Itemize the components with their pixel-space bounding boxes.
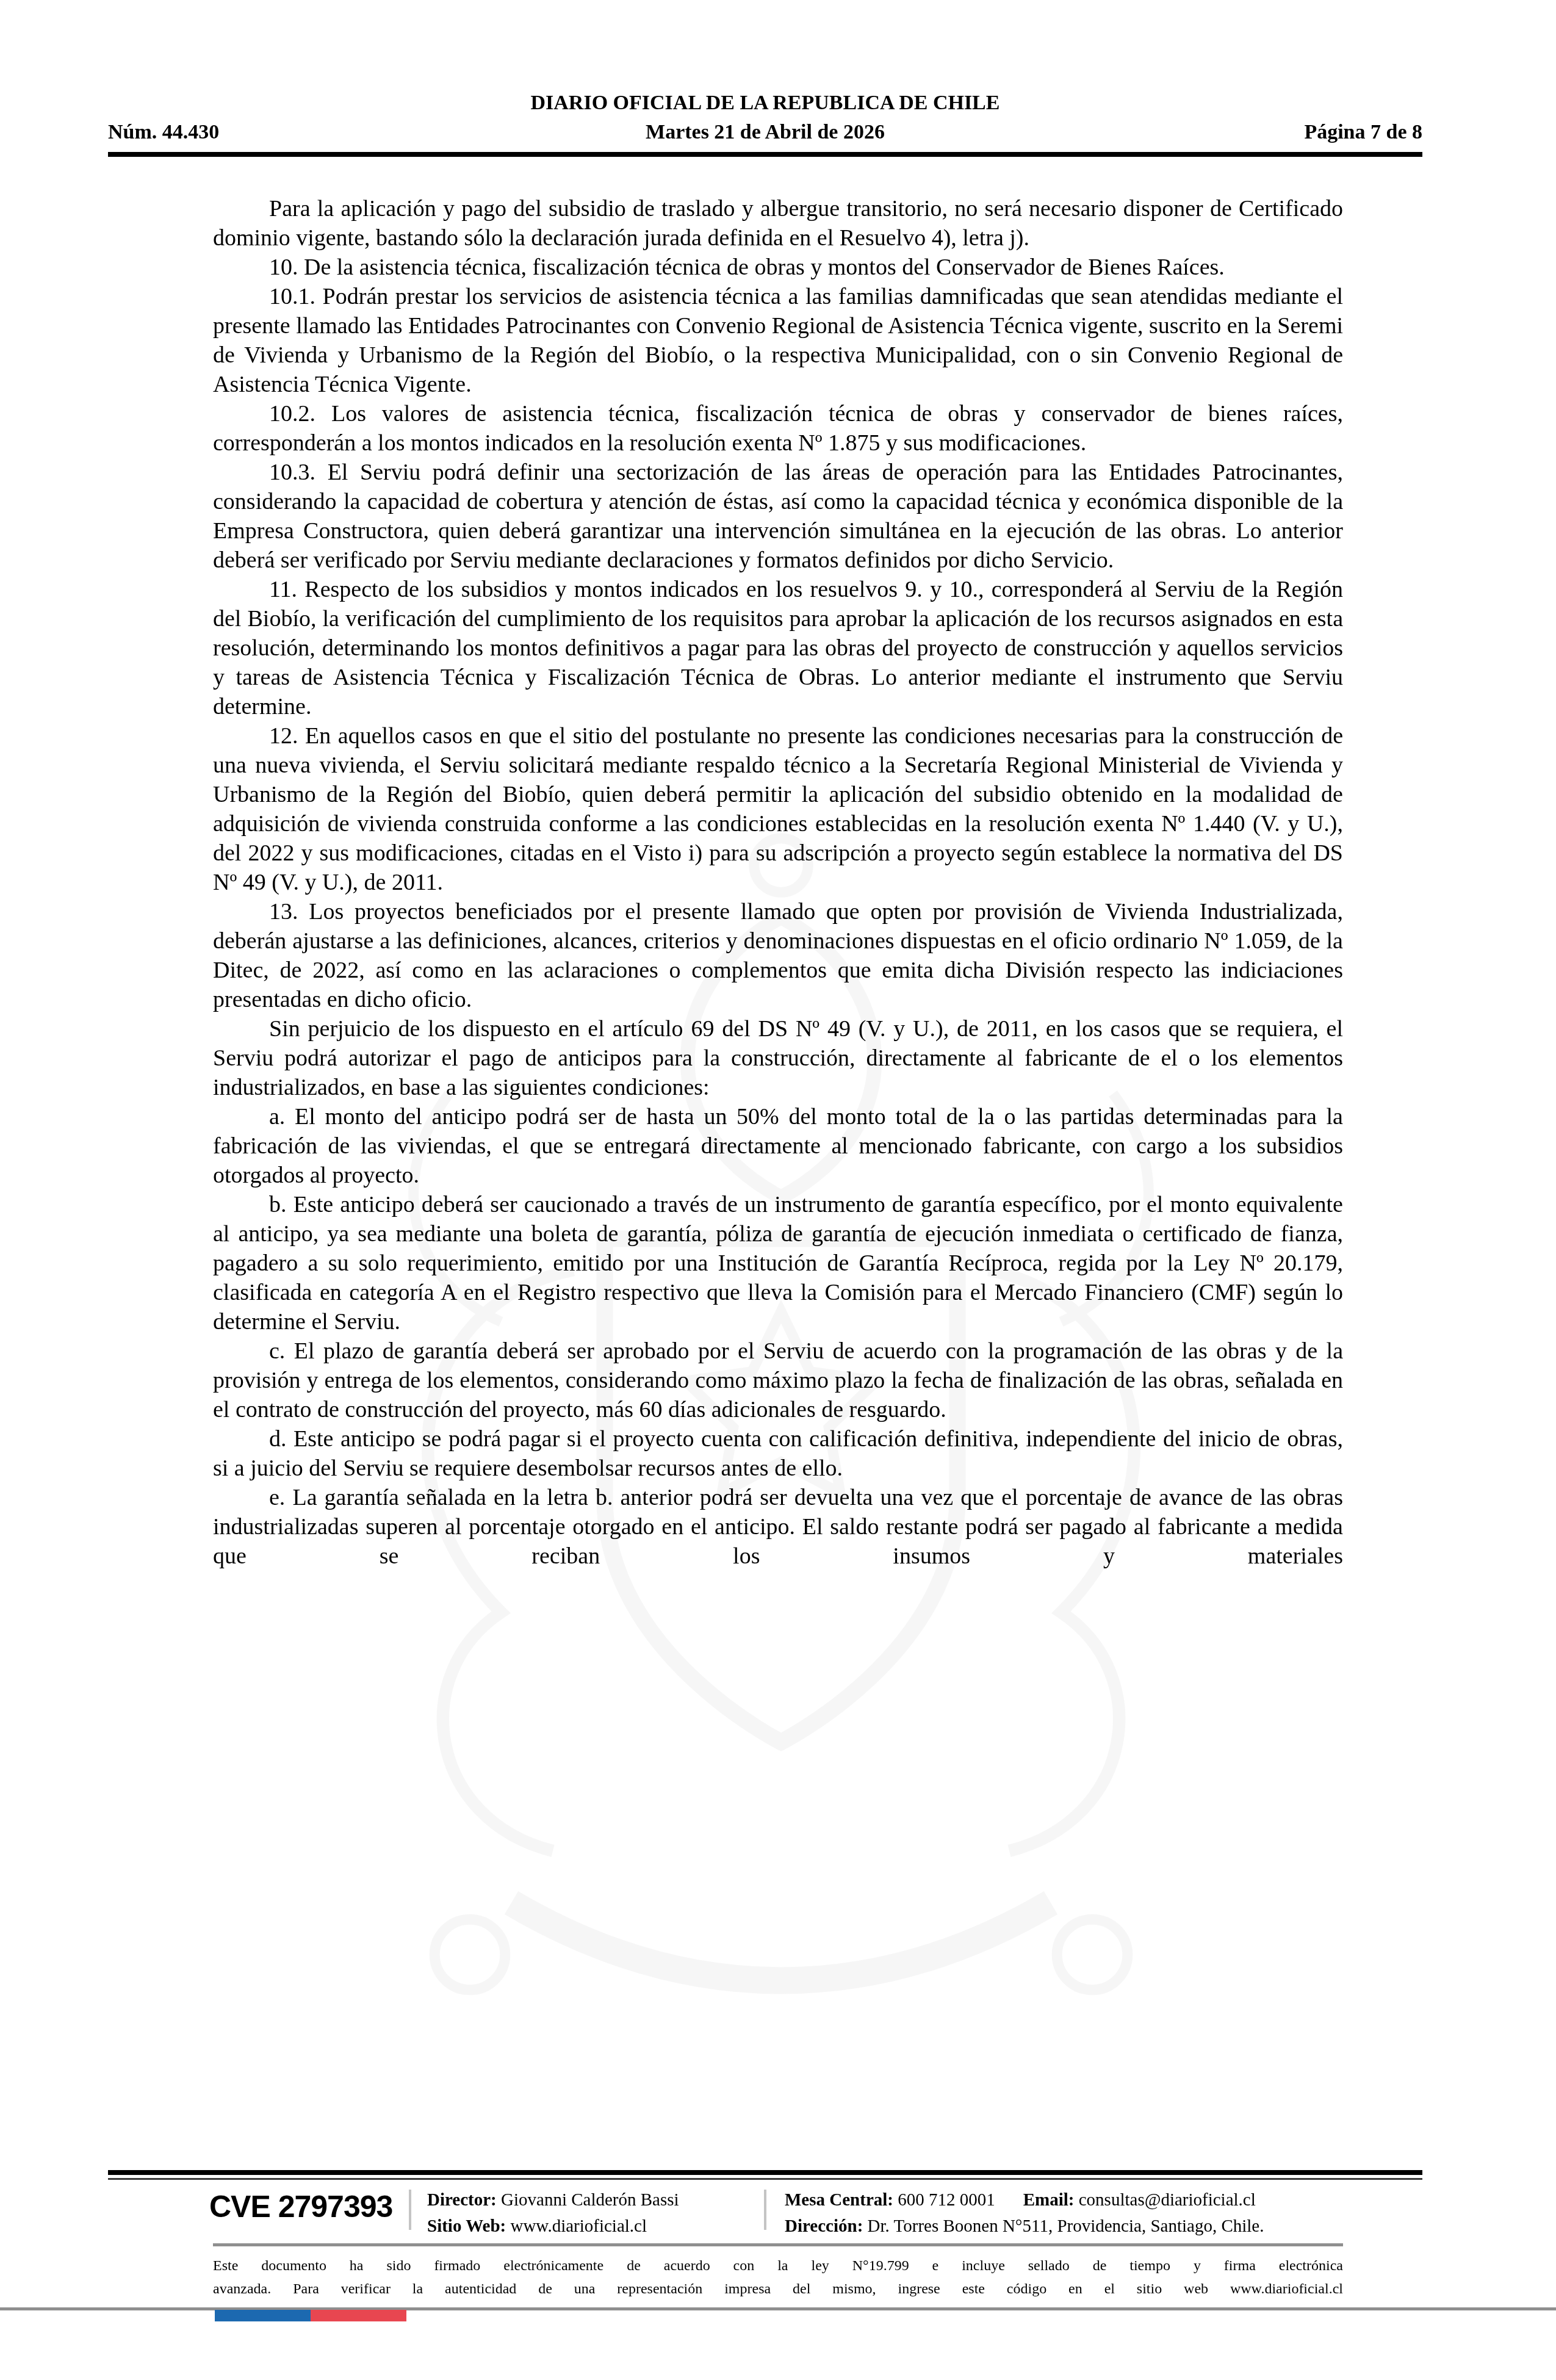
paragraph-11: 11. Respecto de los subsidios y montos i… xyxy=(213,575,1343,721)
footer-contact-block: Mesa Central: 600 712 0001Email: consult… xyxy=(785,2187,1264,2240)
paragraph-letra-c: c. El plazo de garantía deberá ser aprob… xyxy=(213,1336,1343,1424)
footer-top-rule-thin xyxy=(108,2178,1422,2180)
sitio-web-line: Sitio Web: www.diarioficial.cl xyxy=(427,2213,679,2240)
mesa-central-line: Mesa Central: 600 712 0001Email: consult… xyxy=(785,2187,1264,2213)
issue-number: Núm. 44.430 xyxy=(108,121,646,144)
legal-notice: Este documento ha sido firmado electróni… xyxy=(213,2254,1343,2301)
email-link[interactable]: consultas@diarioficial.cl xyxy=(1079,2190,1256,2210)
mesa-central-label: Mesa Central: xyxy=(785,2190,893,2210)
legal-line-2: avanzada. Para verificar la autenticidad… xyxy=(213,2277,1343,2301)
footer-separator-rule xyxy=(213,2243,1343,2246)
cve-code: CVE 2797393 xyxy=(209,2190,392,2224)
paragraph-10-2: 10.2. Los valores de asistencia técnica,… xyxy=(213,399,1343,458)
direccion-label: Dirección: xyxy=(785,2216,863,2236)
paragraph-letra-b: b. Este anticipo deberá ser caucionado a… xyxy=(213,1190,1343,1336)
direccion-value: Dr. Torres Boonen N°511, Providencia, Sa… xyxy=(868,2216,1264,2236)
director-line: Director: Giovanni Calderón Bassi xyxy=(427,2187,679,2213)
sitio-web-label: Sitio Web: xyxy=(427,2216,506,2236)
newspaper-title: DIARIO OFICIAL DE LA REPUBLICA DE CHILE xyxy=(108,92,1422,115)
footer-director-block: Director: Giovanni Calderón Bassi Sitio … xyxy=(427,2187,679,2240)
paragraph-letra-e: e. La garantía señalada en la letra b. a… xyxy=(213,1483,1343,1571)
direccion-line: Dirección: Dr. Torres Boonen N°511, Prov… xyxy=(785,2213,1264,2240)
paragraph-traslado-albergue: Para la aplicación y pago del subsidio d… xyxy=(213,194,1343,253)
footer-top-rule xyxy=(108,2170,1422,2175)
legal-line-1: Este documento ha sido firmado electróni… xyxy=(213,2254,1343,2277)
paragraph-10-3: 10.3. El Serviu podrá definir una sector… xyxy=(213,458,1343,575)
header-meta-row: Núm. 44.430 Martes 21 de Abril de 2026 P… xyxy=(108,121,1422,144)
flag-blue-block xyxy=(215,2310,311,2321)
header-rule xyxy=(108,152,1422,157)
chile-flag-mark xyxy=(215,2310,406,2321)
paragraph-12: 12. En aquellos casos en que el sitio de… xyxy=(213,721,1343,897)
director-label: Director: xyxy=(427,2190,497,2210)
flag-red-block xyxy=(311,2310,406,2321)
footer-divider-1 xyxy=(409,2190,411,2230)
mesa-central-value: 600 712 0001 xyxy=(898,2190,995,2210)
page-number: Página 7 de 8 xyxy=(885,121,1422,144)
sitio-web-link[interactable]: www.diarioficial.cl xyxy=(510,2216,647,2236)
document-page: DIARIO OFICIAL DE LA REPUBLICA DE CHILE … xyxy=(0,0,1556,2380)
issue-date: Martes 21 de Abril de 2026 xyxy=(646,121,885,144)
document-body: Para la aplicación y pago del subsidio d… xyxy=(213,194,1343,1571)
paragraph-10-1: 10.1. Podrán prestar los servicios de as… xyxy=(213,282,1343,399)
paragraph-letra-d: d. Este anticipo se podrá pagar si el pr… xyxy=(213,1424,1343,1483)
director-value: Giovanni Calderón Bassi xyxy=(501,2190,679,2210)
paragraph-13: 13. Los proyectos beneficiados por el pr… xyxy=(213,897,1343,1014)
paragraph-10: 10. De la asistencia técnica, fiscalizac… xyxy=(213,253,1343,282)
email-label: Email: xyxy=(1023,2190,1075,2210)
paragraph-letra-a: a. El monto del anticipo podrá ser de ha… xyxy=(213,1102,1343,1190)
paragraph-sin-perjuicio: Sin perjuicio de los dispuesto en el art… xyxy=(213,1014,1343,1102)
footer-divider-2 xyxy=(764,2190,766,2230)
